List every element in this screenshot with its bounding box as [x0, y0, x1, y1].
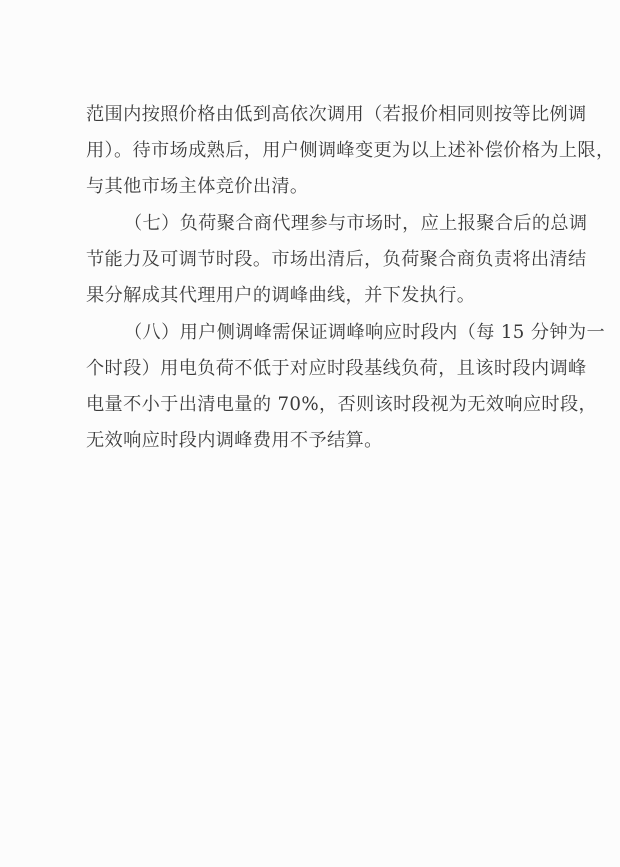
paragraph-line: 与其他市场主体竞价出清。: [86, 174, 536, 200]
paragraph-line: 节能力及可调节时段。市场出清后，负荷聚合商负责将出清结: [86, 247, 536, 273]
paragraph-line: 无效响应时段内调峰费用不予结算。: [86, 428, 536, 454]
paragraph-line: 电量不小于出清电量的 70%，否则该时段视为无效响应时段，: [86, 392, 536, 418]
paragraph-line: 范围内按照价格由低到高依次调用（若报价相同则按等比例调: [86, 102, 536, 128]
paragraph-line: 用）。待市场成熟后，用户侧调峰变更为以上述补偿价格为上限，: [86, 138, 536, 164]
document-page: 范围内按照价格由低到高依次调用（若报价相同则按等比例调 用）。待市场成熟后，用户…: [0, 0, 620, 867]
paragraph-line: 个时段）用电负荷不低于对应时段基线负荷，且该时段内调峰: [86, 356, 536, 382]
clause-8-line: （八）用户侧调峰需保证调峰响应时段内（每 15 分钟为一: [124, 320, 536, 346]
clause-7-line: （七）负荷聚合商代理参与市场时，应上报聚合后的总调: [124, 211, 536, 237]
paragraph-line: 果分解成其代理用户的调峰曲线，并下发执行。: [86, 283, 536, 309]
